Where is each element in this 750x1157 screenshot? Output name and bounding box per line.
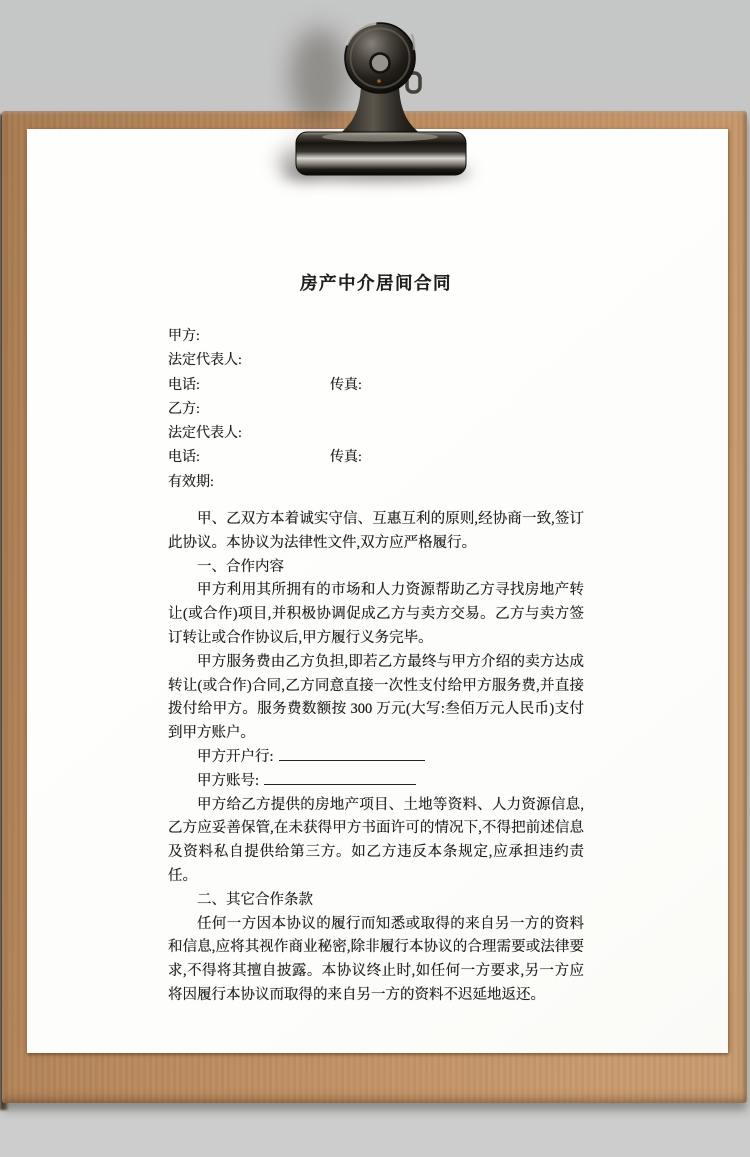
- fax-b-label: 传真:: [330, 450, 362, 465]
- paragraph-1: 甲方利用其所拥有的市场和人力资源帮助乙方寻找房地产转让(或合作)项目,并积极协调…: [168, 579, 584, 650]
- field-legal-rep-b: 法定代表人:: [168, 422, 584, 446]
- party-b-label: 乙方:: [168, 402, 200, 417]
- contract-content: 房产中介居间合同 甲方: 法定代表人: 电话:传真: 乙方: 法定代表人:: [27, 129, 728, 1008]
- contract-body: 甲、乙双方本着诚实守信、互惠互利的原则,经协商一致,签订此协议。本协议为法律性文…: [168, 508, 584, 1008]
- bank-line: 甲方开户行:: [168, 746, 584, 770]
- section-1-heading: 一、合作内容: [168, 556, 584, 580]
- legal-rep-b-label: 法定代表人:: [168, 426, 242, 441]
- field-phone-fax-b: 电话:传真:: [168, 446, 584, 470]
- validity-label: 有效期:: [168, 475, 214, 490]
- header-fields: 甲方: 法定代表人: 电话:传真: 乙方: 法定代表人: 电话:传真:: [168, 325, 584, 495]
- binder-clip: [280, 18, 480, 188]
- field-phone-fax-a: 电话:传真:: [168, 374, 584, 398]
- paragraph-4: 任何一方因本协议的履行而知悉或取得的来自另一方的资料和信息,应将其视作商业秘密,…: [168, 913, 584, 1008]
- field-validity: 有效期:: [168, 471, 584, 495]
- legal-rep-a-label: 法定代表人:: [168, 353, 242, 368]
- party-a-label: 甲方:: [168, 329, 200, 344]
- intro-paragraph: 甲、乙双方本着诚实守信、互惠互利的原则,经协商一致,签订此协议。本协议为法律性文…: [168, 508, 584, 556]
- photo-background: 房产中介居间合同 甲方: 法定代表人: 电话:传真: 乙方: 法定代表人:: [0, 0, 750, 1157]
- contract-paper: 房产中介居间合同 甲方: 法定代表人: 电话:传真: 乙方: 法定代表人:: [27, 129, 728, 1053]
- section-2-heading: 二、其它合作条款: [168, 889, 584, 913]
- field-legal-rep-a: 法定代表人:: [168, 349, 584, 373]
- fax-a-label: 传真:: [330, 378, 362, 393]
- paragraph-2: 甲方服务费由乙方负担,即若乙方最终与甲方介绍的卖方达成转让(或合作)合同,乙方同…: [168, 651, 584, 746]
- account-blank-underline: [264, 771, 416, 785]
- bank-label: 甲方开户行:: [197, 749, 274, 765]
- field-party-a: 甲方:: [168, 325, 584, 349]
- account-line: 甲方账号:: [168, 770, 584, 794]
- phone-b-label: 电话:: [168, 446, 330, 470]
- paragraph-3: 甲方给乙方提供的房地产项目、土地等资料、人力资源信息,乙方应妥善保管,在未获得甲…: [168, 794, 584, 889]
- field-party-b: 乙方:: [168, 398, 584, 422]
- document-title: 房产中介居间合同: [168, 271, 584, 295]
- bank-blank-underline: [279, 747, 425, 761]
- account-label: 甲方账号:: [197, 773, 259, 789]
- phone-a-label: 电话:: [168, 374, 330, 398]
